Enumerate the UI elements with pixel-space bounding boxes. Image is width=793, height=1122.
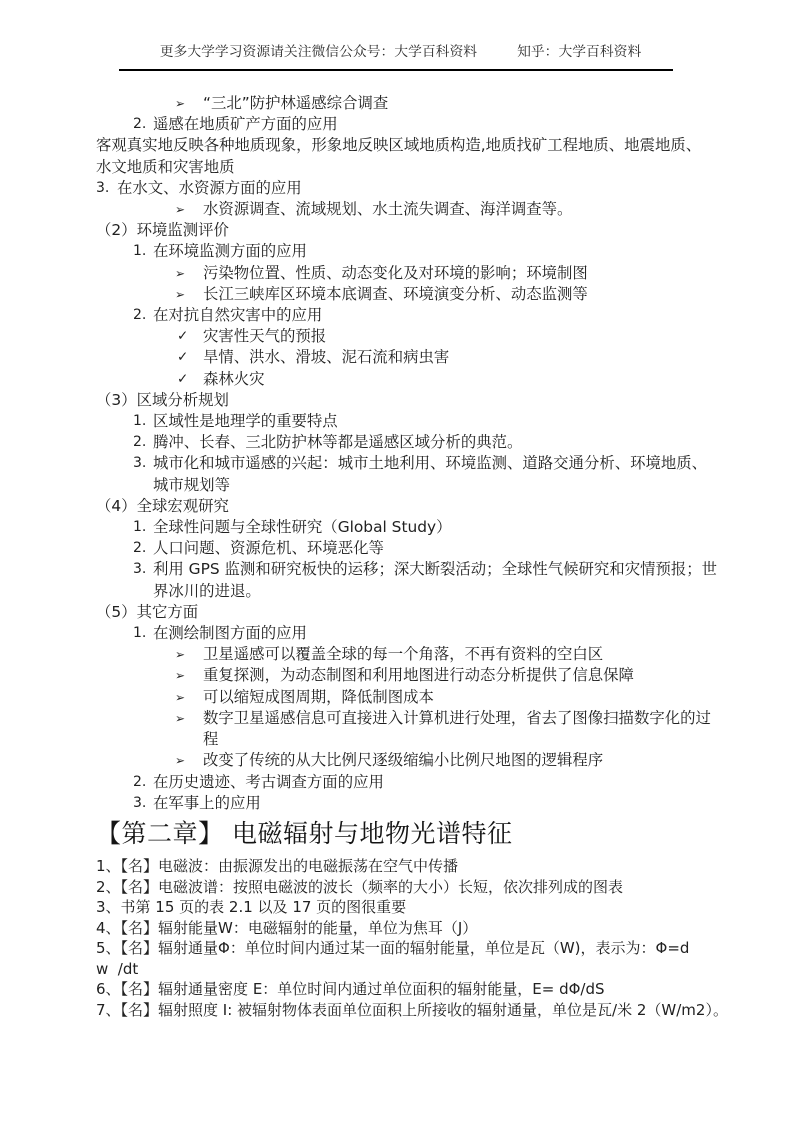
bullet-item: ➢卫星遥感可以覆盖全球的每一个角落，不再有资料的空白区 — [175, 644, 705, 665]
line-text: 客观真实地反映各种地质现象，形象地反映区域地质构造,地质找矿工程地质、地震地质、 — [96, 135, 701, 156]
numbered-item: 3.城市化和城市遥感的兴起：城市土地利用、环境监测、道路交通分析、环境地质、 — [133, 453, 705, 474]
item-number: 3. — [96, 178, 117, 199]
line-text: “三北”防护林遥感综合调查 — [203, 93, 388, 114]
item-number: 1. — [133, 517, 153, 538]
check-item: ✓森林火灾 — [177, 369, 705, 390]
line-text: 3、书第 15 页的表 2.1 以及 17 页的图很重要 — [96, 897, 406, 918]
bullet-item: ➢水资源调查、流域规划、水土流失调查、海洋调查等。 — [175, 199, 705, 220]
check-bullet-icon: ✓ — [177, 369, 203, 390]
line-text: 可以缩短成图周期，降低制图成本 — [203, 687, 434, 708]
line-text: 全球性问题与全球性研究（Global Study） — [153, 517, 452, 538]
line-text: 5、【名】辐射通量Φ：单位时间内通过某一面的辐射能量，单位是瓦（W)，表示为：Φ… — [96, 938, 689, 959]
line-text: 在水文、水资源方面的应用 — [117, 178, 302, 199]
numbered-item: 3.利用 GPS 监测和研究板快的运移；深大断裂活动；全球性气候研究和灾情预报；… — [133, 559, 705, 580]
bullet-item: ➢改变了传统的从大比例尺逐级缩编小比例尺地图的逻辑程序 — [175, 750, 705, 771]
bullet-item: ➢污染物位置、性质、动态变化及对环境的影响；环境制图 — [175, 263, 705, 284]
line-text: 界冰川的进退。 — [153, 581, 261, 602]
line-text: 腾冲、长春、三北防护林等都是遥感区域分析的典范。 — [153, 432, 522, 453]
check-item: ✓旱情、洪水、滑坡、泥石流和病虫害 — [177, 347, 705, 368]
line-text: 重复探测，为动态制图和利用地图进行动态分析提供了信息保障 — [203, 665, 634, 686]
line-text: （5）其它方面 — [96, 602, 198, 623]
arrow-bullet-icon: ➢ — [175, 666, 203, 687]
line-text: 森林火灾 — [203, 369, 265, 390]
numbered-item: 2.人口问题、资源危机、环境恶化等 — [133, 538, 705, 559]
numbered-item: 1.在环境监测方面的应用 — [133, 241, 705, 262]
arrow-bullet-icon: ➢ — [175, 284, 203, 305]
line-text: 污染物位置、性质、动态变化及对环境的影响；环境制图 — [203, 263, 588, 284]
numbered-item: 3.在军事上的应用 — [133, 793, 705, 814]
definition-line: 2、【名】电磁波谱：按照电磁波的波长（频率的大小）长短，依次排列成的图表 — [96, 877, 705, 898]
line-text: 在对抗自然灾害中的应用 — [153, 305, 322, 326]
applications-list: ➢“三北”防护林遥感综合调查2.遥感在地质矿产方面的应用客观真实地反映各种地质现… — [96, 93, 705, 814]
arrow-bullet-icon: ➢ — [175, 94, 203, 115]
definition-line: 6、【名】辐射通量密度 E：单位时间内通过单位面积的辐射能量，E= dΦ/dS — [96, 979, 705, 1000]
line-text: 4、【名】辐射能量W：电磁辐射的能量，单位为焦耳（J） — [96, 918, 477, 939]
line-text: 2、【名】电磁波谱：按照电磁波的波长（频率的大小）长短，依次排列成的图表 — [96, 877, 623, 898]
definition-line: 3、书第 15 页的表 2.1 以及 17 页的图很重要 — [96, 897, 705, 918]
item-number: 1. — [133, 623, 153, 644]
arrow-bullet-icon: ➢ — [175, 708, 203, 729]
continuation-line: 程 — [203, 729, 705, 750]
chapter-heading: 【第二章】 电磁辐射与地物光谱特征 — [96, 817, 705, 850]
item-number: 2. — [133, 772, 153, 793]
arrow-bullet-icon: ➢ — [175, 200, 203, 221]
item-number: 3. — [133, 453, 153, 474]
definition-line: w /dt — [96, 959, 705, 980]
numbered-item: 1.在测绘制图方面的应用 — [133, 623, 705, 644]
line-text: 区域性是地理学的重要特点 — [153, 411, 338, 432]
item-number: 1. — [133, 241, 153, 262]
numbered-item: 2.遥感在地质矿产方面的应用 — [133, 114, 705, 135]
numbered-item: 2.在历史遗迹、考古调查方面的应用 — [133, 772, 705, 793]
line-text: 水文地质和灾害地质 — [96, 157, 235, 178]
numbered-item: 1.区域性是地理学的重要特点 — [133, 411, 705, 432]
numbered-item: 1.全球性问题与全球性研究（Global Study） — [133, 517, 705, 538]
paragraph-line: （3）区域分析规划 — [96, 390, 705, 411]
page-header: 更多大学学习资源请关注微信公众号：大学百科资料 知乎：大学百科资料 — [96, 42, 705, 62]
check-item: ✓灾害性天气的预报 — [177, 326, 705, 347]
continuation-line: 界冰川的进退。 — [153, 581, 705, 602]
paragraph-line: （5）其它方面 — [96, 602, 705, 623]
line-text: 水资源调查、流域规划、水土流失调查、海洋调查等。 — [203, 199, 572, 220]
definition-line: 7、【名】辐射照度 I: 被辐射物体表面单位面积上所接收的辐射通量，单位是瓦/米… — [96, 1000, 705, 1021]
bullet-item: ➢长江三峡库区环境本底调查、环境演变分析、动态监测等 — [175, 284, 705, 305]
line-text: （2）环境监测评价 — [96, 220, 229, 241]
numbered-item: 3.在水文、水资源方面的应用 — [96, 178, 705, 199]
definition-line: 5、【名】辐射通量Φ：单位时间内通过某一面的辐射能量，单位是瓦（W)，表示为：Φ… — [96, 938, 705, 959]
bullet-item: ➢重复探测，为动态制图和利用地图进行动态分析提供了信息保障 — [175, 665, 705, 686]
line-text: （3）区域分析规划 — [96, 390, 229, 411]
line-text: 利用 GPS 监测和研究板快的运移；深大断裂活动；全球性气候研究和灾情预报；世 — [153, 559, 717, 580]
item-number: 1. — [133, 411, 153, 432]
item-number: 2. — [133, 432, 153, 453]
header-wechat-text: 更多大学学习资源请关注微信公众号：大学百科资料 — [160, 42, 477, 62]
item-number: 2. — [133, 305, 153, 326]
line-text: w /dt — [96, 959, 138, 980]
document-page: 更多大学学习资源请关注微信公众号：大学百科资料 知乎：大学百科资料 ➢“三北”防… — [0, 42, 793, 1021]
item-number: 2. — [133, 114, 153, 135]
line-text: （4）全球宏观研究 — [96, 496, 229, 517]
bullet-item: ➢可以缩短成图周期，降低制图成本 — [175, 687, 705, 708]
definitions-list: 1、【名】电磁波：由振源发出的电磁振荡在空气中传播2、【名】电磁波谱：按照电磁波… — [96, 856, 705, 1021]
paragraph-line: 客观真实地反映各种地质现象，形象地反映区域地质构造,地质找矿工程地质、地震地质、 — [96, 135, 705, 156]
line-text: 在测绘制图方面的应用 — [153, 623, 307, 644]
definition-line: 1、【名】电磁波：由振源发出的电磁振荡在空气中传播 — [96, 856, 705, 877]
line-text: 7、【名】辐射照度 I: 被辐射物体表面单位面积上所接收的辐射通量，单位是瓦/米… — [96, 1000, 728, 1021]
numbered-item: 2.在对抗自然灾害中的应用 — [133, 305, 705, 326]
paragraph-line: 水文地质和灾害地质 — [96, 157, 705, 178]
line-text: 6、【名】辐射通量密度 E：单位时间内通过单位面积的辐射能量，E= dΦ/dS — [96, 979, 605, 1000]
header-zhihu-text: 知乎：大学百科资料 — [517, 42, 641, 62]
line-text: 城市规划等 — [153, 475, 230, 496]
check-bullet-icon: ✓ — [177, 326, 203, 347]
line-text: 城市化和城市遥感的兴起：城市土地利用、环境监测、道路交通分析、环境地质、 — [153, 453, 707, 474]
continuation-line: 城市规划等 — [153, 475, 705, 496]
header-rule — [119, 69, 673, 71]
arrow-bullet-icon: ➢ — [175, 687, 203, 708]
check-bullet-icon: ✓ — [177, 347, 203, 368]
bullet-item: ➢“三北”防护林遥感综合调查 — [175, 93, 705, 114]
numbered-item: 2.腾冲、长春、三北防护林等都是遥感区域分析的典范。 — [133, 432, 705, 453]
item-number: 2. — [133, 538, 153, 559]
line-text: 1、【名】电磁波：由振源发出的电磁振荡在空气中传播 — [96, 856, 458, 877]
definition-line: 4、【名】辐射能量W：电磁辐射的能量，单位为焦耳（J） — [96, 918, 705, 939]
line-text: 遥感在地质矿产方面的应用 — [153, 114, 338, 135]
paragraph-line: （4）全球宏观研究 — [96, 496, 705, 517]
arrow-bullet-icon: ➢ — [175, 751, 203, 772]
bullet-item: ➢数字卫星遥感信息可直接进入计算机进行处理，省去了图像扫描数字化的过 — [175, 708, 705, 729]
paragraph-line: （2）环境监测评价 — [96, 220, 705, 241]
line-text: 改变了传统的从大比例尺逐级缩编小比例尺地图的逻辑程序 — [203, 750, 603, 771]
line-text: 旱情、洪水、滑坡、泥石流和病虫害 — [203, 347, 449, 368]
line-text: 程 — [203, 729, 218, 750]
arrow-bullet-icon: ➢ — [175, 263, 203, 284]
line-text: 卫星遥感可以覆盖全球的每一个角落，不再有资料的空白区 — [203, 644, 603, 665]
item-number: 3. — [133, 559, 153, 580]
arrow-bullet-icon: ➢ — [175, 645, 203, 666]
line-text: 数字卫星遥感信息可直接进入计算机进行处理，省去了图像扫描数字化的过 — [203, 708, 711, 729]
line-text: 人口问题、资源危机、环境恶化等 — [153, 538, 384, 559]
line-text: 长江三峡库区环境本底调查、环境演变分析、动态监测等 — [203, 284, 588, 305]
line-text: 在军事上的应用 — [153, 793, 261, 814]
line-text: 在历史遗迹、考古调查方面的应用 — [153, 772, 384, 793]
line-text: 灾害性天气的预报 — [203, 326, 326, 347]
item-number: 3. — [133, 793, 153, 814]
line-text: 在环境监测方面的应用 — [153, 241, 307, 262]
